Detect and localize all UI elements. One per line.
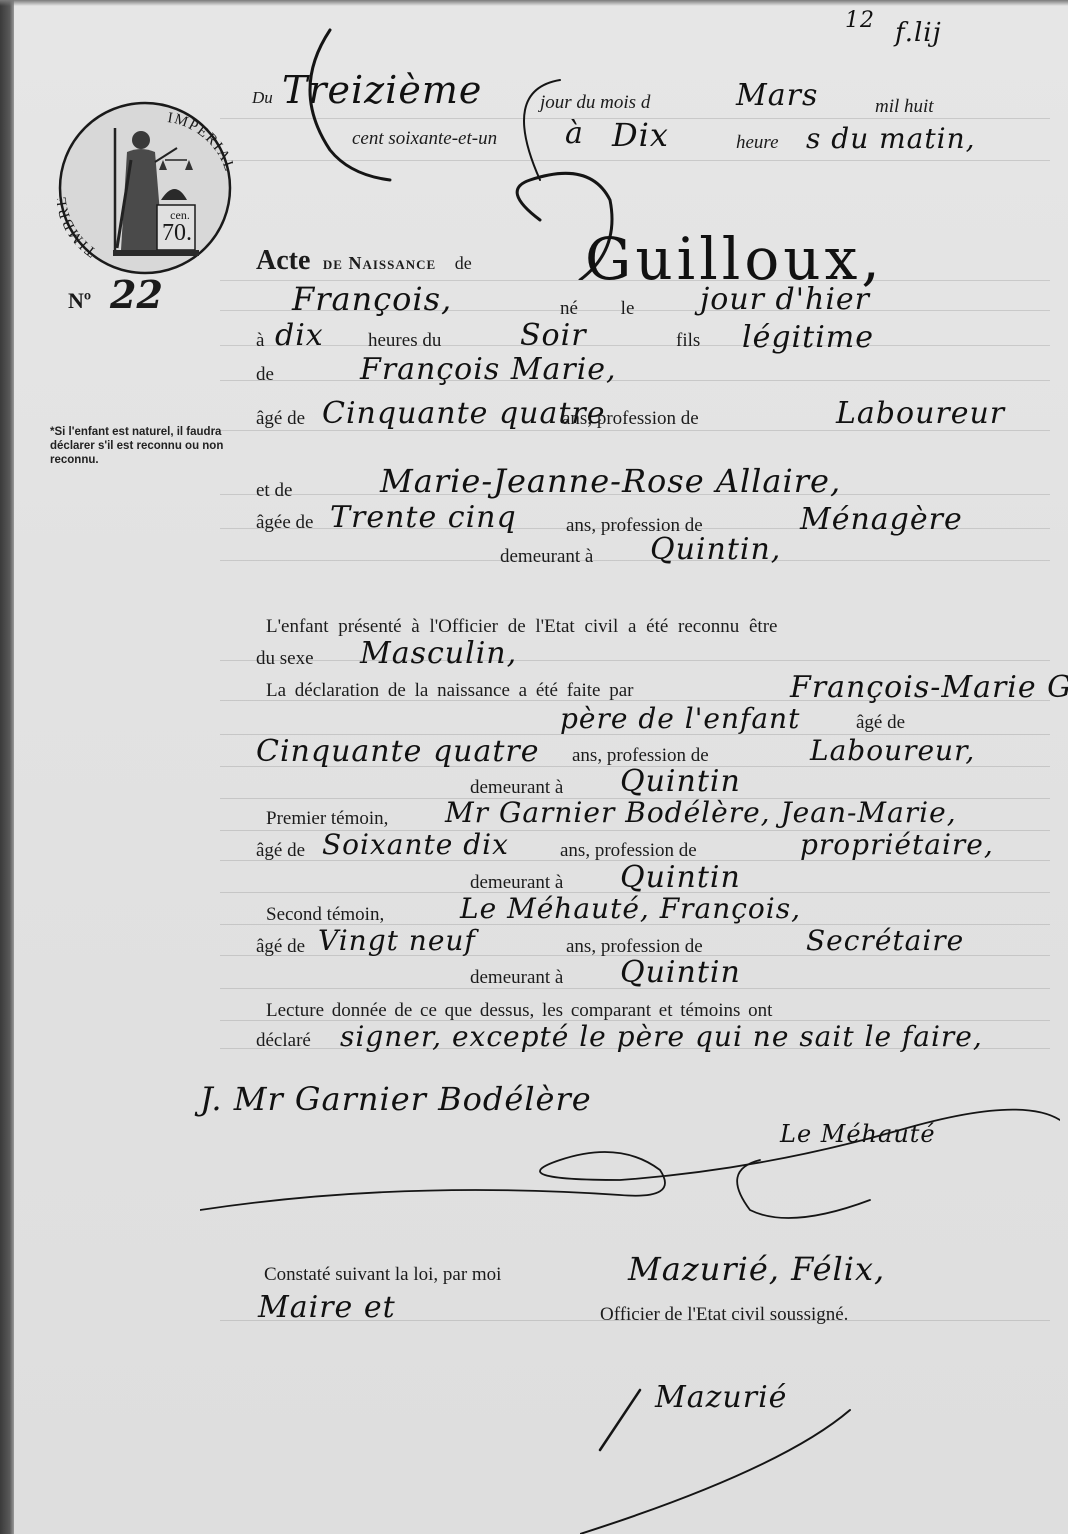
mother-et-de-label: et de: [256, 480, 292, 502]
de-naissance-label: de Naissance: [323, 253, 436, 273]
time-suffix: s du matin,: [806, 122, 976, 155]
second-witness-residence: Quintin: [620, 955, 741, 990]
du-sexe-label: du sexe: [256, 648, 314, 670]
ruled-line: [220, 560, 1050, 561]
ruled-line: [220, 160, 1050, 161]
officer-name: Mazurié, Félix,: [628, 1250, 885, 1288]
acte-title: Acte de Naissance de: [256, 245, 472, 277]
page-top-edge: [0, 0, 1068, 6]
acte-label: Acte: [256, 245, 310, 276]
document-page: 12 f.lij TIMBRE IMPERIAL: [0, 0, 1068, 1534]
child-sex: Masculin,: [360, 636, 517, 671]
cent-soixante-label: cent soixante-et-un: [352, 128, 497, 150]
mother-age: Trente cinq: [330, 500, 517, 535]
declarant-age: Cinquante quatre: [256, 734, 540, 769]
first-witness-label: Premier témoin,: [266, 808, 388, 830]
day-value: Treizième: [282, 68, 482, 112]
declare-label: déclaré: [256, 1030, 311, 1052]
first-witness-profession: propriétaire,: [800, 828, 994, 861]
second-witness-age: Vingt neuf: [318, 924, 476, 957]
mother-age-label: âgée de: [256, 512, 313, 534]
birth-period: Soir: [520, 318, 587, 353]
presentation-line: L'enfant présenté à l'Officier de l'Etat…: [266, 616, 777, 638]
heures-label: heures du: [368, 330, 441, 352]
declarant-relation: père de l'enfant: [560, 702, 800, 735]
month-value: Mars: [736, 78, 818, 113]
time-prefix: à: [565, 116, 584, 151]
constate-label: Constaté suivant la loi, par moi: [264, 1264, 501, 1286]
declarant-intro: La déclaration de la naissance a été fai…: [266, 680, 633, 702]
mil-huit-label: mil huit: [875, 96, 934, 118]
binding-edge: [0, 0, 14, 1534]
officer-label: Officier de l'Etat civil soussigné.: [600, 1304, 848, 1326]
ruled-line: [220, 660, 1050, 661]
ruled-line: [220, 380, 1050, 381]
father-ans-profession-label: ans, profession de: [562, 408, 699, 430]
second-witness-name: Le Méhauté, François,: [460, 892, 801, 925]
first-witness-age: Soixante dix: [322, 828, 509, 861]
first-witness-name: Mr Garnier Bodélère, Jean-Marie,: [445, 796, 957, 829]
second-witness-demeurant-label: demeurant à: [470, 967, 563, 989]
margin-note: *Si l'enfant est naturel, il faudra décl…: [50, 425, 230, 467]
mother-demeurant-label: demeurant à: [500, 546, 593, 568]
child-given-name: François,: [292, 280, 452, 318]
mother-profession: Ménagère: [800, 502, 963, 537]
heure-label: heure: [736, 132, 779, 154]
numero-value: 22: [110, 272, 163, 317]
legitimacy: légitime: [742, 320, 874, 355]
witness1-signature: J. Mr Garnier Bodélère: [200, 1080, 592, 1118]
second-witness-label: Second témoin,: [266, 904, 384, 926]
stamp-seal-icon: TIMBRE IMPERIAL: [57, 100, 233, 276]
first-witness-ans-profession-label: ans, profession de: [560, 840, 697, 862]
declarant-profession: Laboureur,: [810, 734, 975, 767]
birth-day: jour d'hier: [700, 282, 870, 317]
reading-line: Lecture donnée de ce que dessus, les com…: [266, 1000, 772, 1022]
a-label: à: [256, 330, 264, 352]
first-witness-residence: Quintin: [620, 860, 741, 895]
mother-name: Marie-Jeanne-Rose Allaire,: [380, 462, 841, 500]
ne-le-label: né le: [560, 298, 634, 320]
time-hour: Dix: [612, 116, 669, 154]
declaration-text: signer, excepté le père qui ne sait le f…: [340, 1020, 983, 1053]
numero-label: Nº: [68, 288, 91, 314]
declarant-residence: Quintin: [620, 764, 741, 799]
jour-du-mois-label: jour du mois d: [540, 92, 650, 114]
mother-residence: Quintin,: [650, 532, 781, 567]
witness2-signature: Le Méhauté: [780, 1120, 936, 1148]
declarant-name-part1: François-Marie Guilloux,: [790, 670, 1068, 705]
ruled-line: [220, 345, 1050, 346]
first-witness-demeurant-label: demeurant à: [470, 872, 563, 894]
declarant-age-label: âgé de: [856, 712, 905, 734]
father-profession: Laboureur: [836, 396, 1005, 431]
second-witness-profession: Secrétaire: [806, 924, 964, 957]
father-age-label: âgé de: [256, 408, 305, 430]
father-name: François Marie,: [360, 352, 617, 387]
folio-number: 12: [845, 8, 875, 33]
birth-hour: dix: [275, 318, 324, 353]
stamp-denomination-value: 70.: [157, 220, 197, 247]
first-witness-age-label: âgé de: [256, 840, 305, 862]
de-label: de: [455, 253, 472, 273]
officer-signature: Mazurié: [655, 1380, 787, 1415]
officer-title: Maire et: [258, 1290, 396, 1325]
second-witness-age-label: âgé de: [256, 936, 305, 958]
du-label: Du: [252, 88, 273, 108]
fils-label: fils: [676, 330, 700, 352]
father-de-label: de: [256, 364, 274, 386]
imperial-stamp: TIMBRE IMPERIAL cen. 70.: [57, 100, 233, 276]
folio-mark: f.lij: [895, 18, 942, 48]
